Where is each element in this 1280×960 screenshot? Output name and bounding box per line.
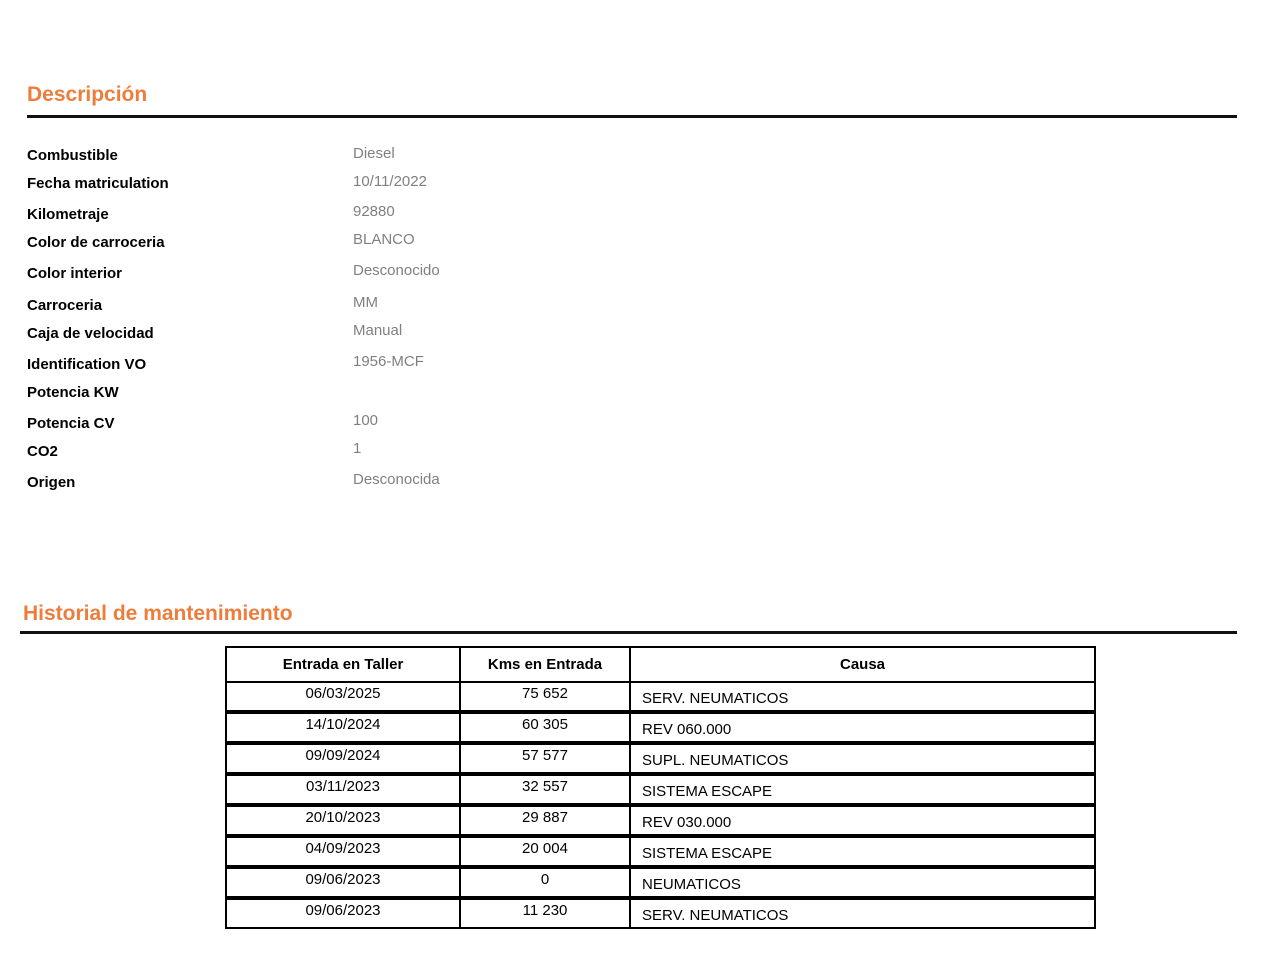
- cell-kms: 29 887: [460, 805, 630, 836]
- cell-date: 09/06/2023: [226, 867, 460, 898]
- cell-date: 06/03/2025: [226, 682, 460, 712]
- spec-value: 10/11/2022: [353, 173, 427, 190]
- spec-label: Carroceria: [27, 297, 102, 314]
- description-divider: [27, 115, 1237, 118]
- spec-label: Fecha matriculation: [27, 175, 169, 192]
- spec-value: Desconocido: [353, 262, 440, 279]
- table-row: 06/03/2025 75 652 SERV. NEUMATICOS: [226, 682, 1095, 712]
- cell-kms: 0: [460, 867, 630, 898]
- table-row: 09/09/2024 57 577 SUPL. NEUMATICOS: [226, 743, 1095, 774]
- spec-value: 1: [353, 440, 361, 457]
- spec-row-co2: CO2 1: [27, 442, 727, 462]
- table-row: 09/06/2023 0 NEUMATICOS: [226, 867, 1095, 898]
- spec-label: Kilometraje: [27, 206, 109, 223]
- spec-row-color-carroceria: Color de carroceria BLANCO: [27, 233, 727, 253]
- table-row: 20/10/2023 29 887 REV 030.000: [226, 805, 1095, 836]
- cell-date: 03/11/2023: [226, 774, 460, 805]
- cell-kms: 32 557: [460, 774, 630, 805]
- cell-kms: 57 577: [460, 743, 630, 774]
- cell-kms: 60 305: [460, 712, 630, 743]
- cell-cause: SUPL. NEUMATICOS: [630, 743, 1095, 774]
- cell-cause: REV 060.000: [630, 712, 1095, 743]
- maintenance-history-table: Entrada en Taller Kms en Entrada Causa 0…: [225, 646, 1096, 929]
- spec-label: Caja de velocidad: [27, 325, 154, 342]
- spec-value: BLANCO: [353, 231, 415, 248]
- cell-kms: 11 230: [460, 898, 630, 928]
- spec-label: CO2: [27, 443, 58, 460]
- table-row: 09/06/2023 11 230 SERV. NEUMATICOS: [226, 898, 1095, 928]
- vehicle-report-page: Descripción Combustible Diesel Fecha mat…: [0, 0, 1280, 960]
- column-header-entrada: Entrada en Taller: [226, 647, 460, 682]
- cell-kms: 75 652: [460, 682, 630, 712]
- spec-label: Color de carroceria: [27, 234, 165, 251]
- cell-date: 04/09/2023: [226, 836, 460, 867]
- cell-kms: 20 004: [460, 836, 630, 867]
- description-section-title: Descripción: [27, 84, 147, 105]
- spec-value: 1956-MCF: [353, 353, 424, 370]
- table-header-row: Entrada en Taller Kms en Entrada Causa: [226, 647, 1095, 682]
- spec-value: Diesel: [353, 145, 395, 162]
- spec-row-potencia-kw: Potencia KW: [27, 383, 727, 403]
- spec-value: Manual: [353, 322, 402, 339]
- spec-label: Identification VO: [27, 356, 146, 373]
- spec-row-combustible: Combustible Diesel: [27, 146, 727, 166]
- spec-row-kilometraje: Kilometraje 92880: [27, 205, 727, 225]
- spec-row-caja-velocidad: Caja de velocidad Manual: [27, 324, 727, 344]
- spec-row-carroceria: Carroceria MM: [27, 296, 727, 316]
- column-header-causa: Causa: [630, 647, 1095, 682]
- spec-row-color-interior: Color interior Desconocido: [27, 264, 727, 284]
- cell-date: 14/10/2024: [226, 712, 460, 743]
- cell-cause: REV 030.000: [630, 805, 1095, 836]
- spec-value: 100: [353, 412, 378, 429]
- spec-value: 92880: [353, 203, 395, 220]
- cell-date: 09/09/2024: [226, 743, 460, 774]
- spec-label: Combustible: [27, 147, 118, 164]
- table-row: 03/11/2023 32 557 SISTEMA ESCAPE: [226, 774, 1095, 805]
- spec-row-potencia-cv: Potencia CV 100: [27, 414, 727, 434]
- spec-row-identification-vo: Identification VO 1956-MCF: [27, 355, 727, 375]
- table-row: 04/09/2023 20 004 SISTEMA ESCAPE: [226, 836, 1095, 867]
- cell-date: 09/06/2023: [226, 898, 460, 928]
- cell-cause: SERV. NEUMATICOS: [630, 898, 1095, 928]
- spec-label: Potencia KW: [27, 384, 119, 401]
- cell-date: 20/10/2023: [226, 805, 460, 836]
- spec-label: Origen: [27, 474, 75, 491]
- table-row: 14/10/2024 60 305 REV 060.000: [226, 712, 1095, 743]
- cell-cause: SISTEMA ESCAPE: [630, 836, 1095, 867]
- maintenance-section-title: Historial de mantenimiento: [23, 603, 293, 624]
- spec-label: Potencia CV: [27, 415, 115, 432]
- cell-cause: SISTEMA ESCAPE: [630, 774, 1095, 805]
- spec-value: MM: [353, 294, 378, 311]
- cell-cause: SERV. NEUMATICOS: [630, 682, 1095, 712]
- spec-row-origen: Origen Desconocida: [27, 473, 727, 493]
- spec-label: Color interior: [27, 265, 122, 282]
- maintenance-divider: [20, 631, 1237, 634]
- column-header-kms: Kms en Entrada: [460, 647, 630, 682]
- spec-value: Desconocida: [353, 471, 440, 488]
- spec-row-fecha-matriculation: Fecha matriculation 10/11/2022: [27, 174, 727, 194]
- cell-cause: NEUMATICOS: [630, 867, 1095, 898]
